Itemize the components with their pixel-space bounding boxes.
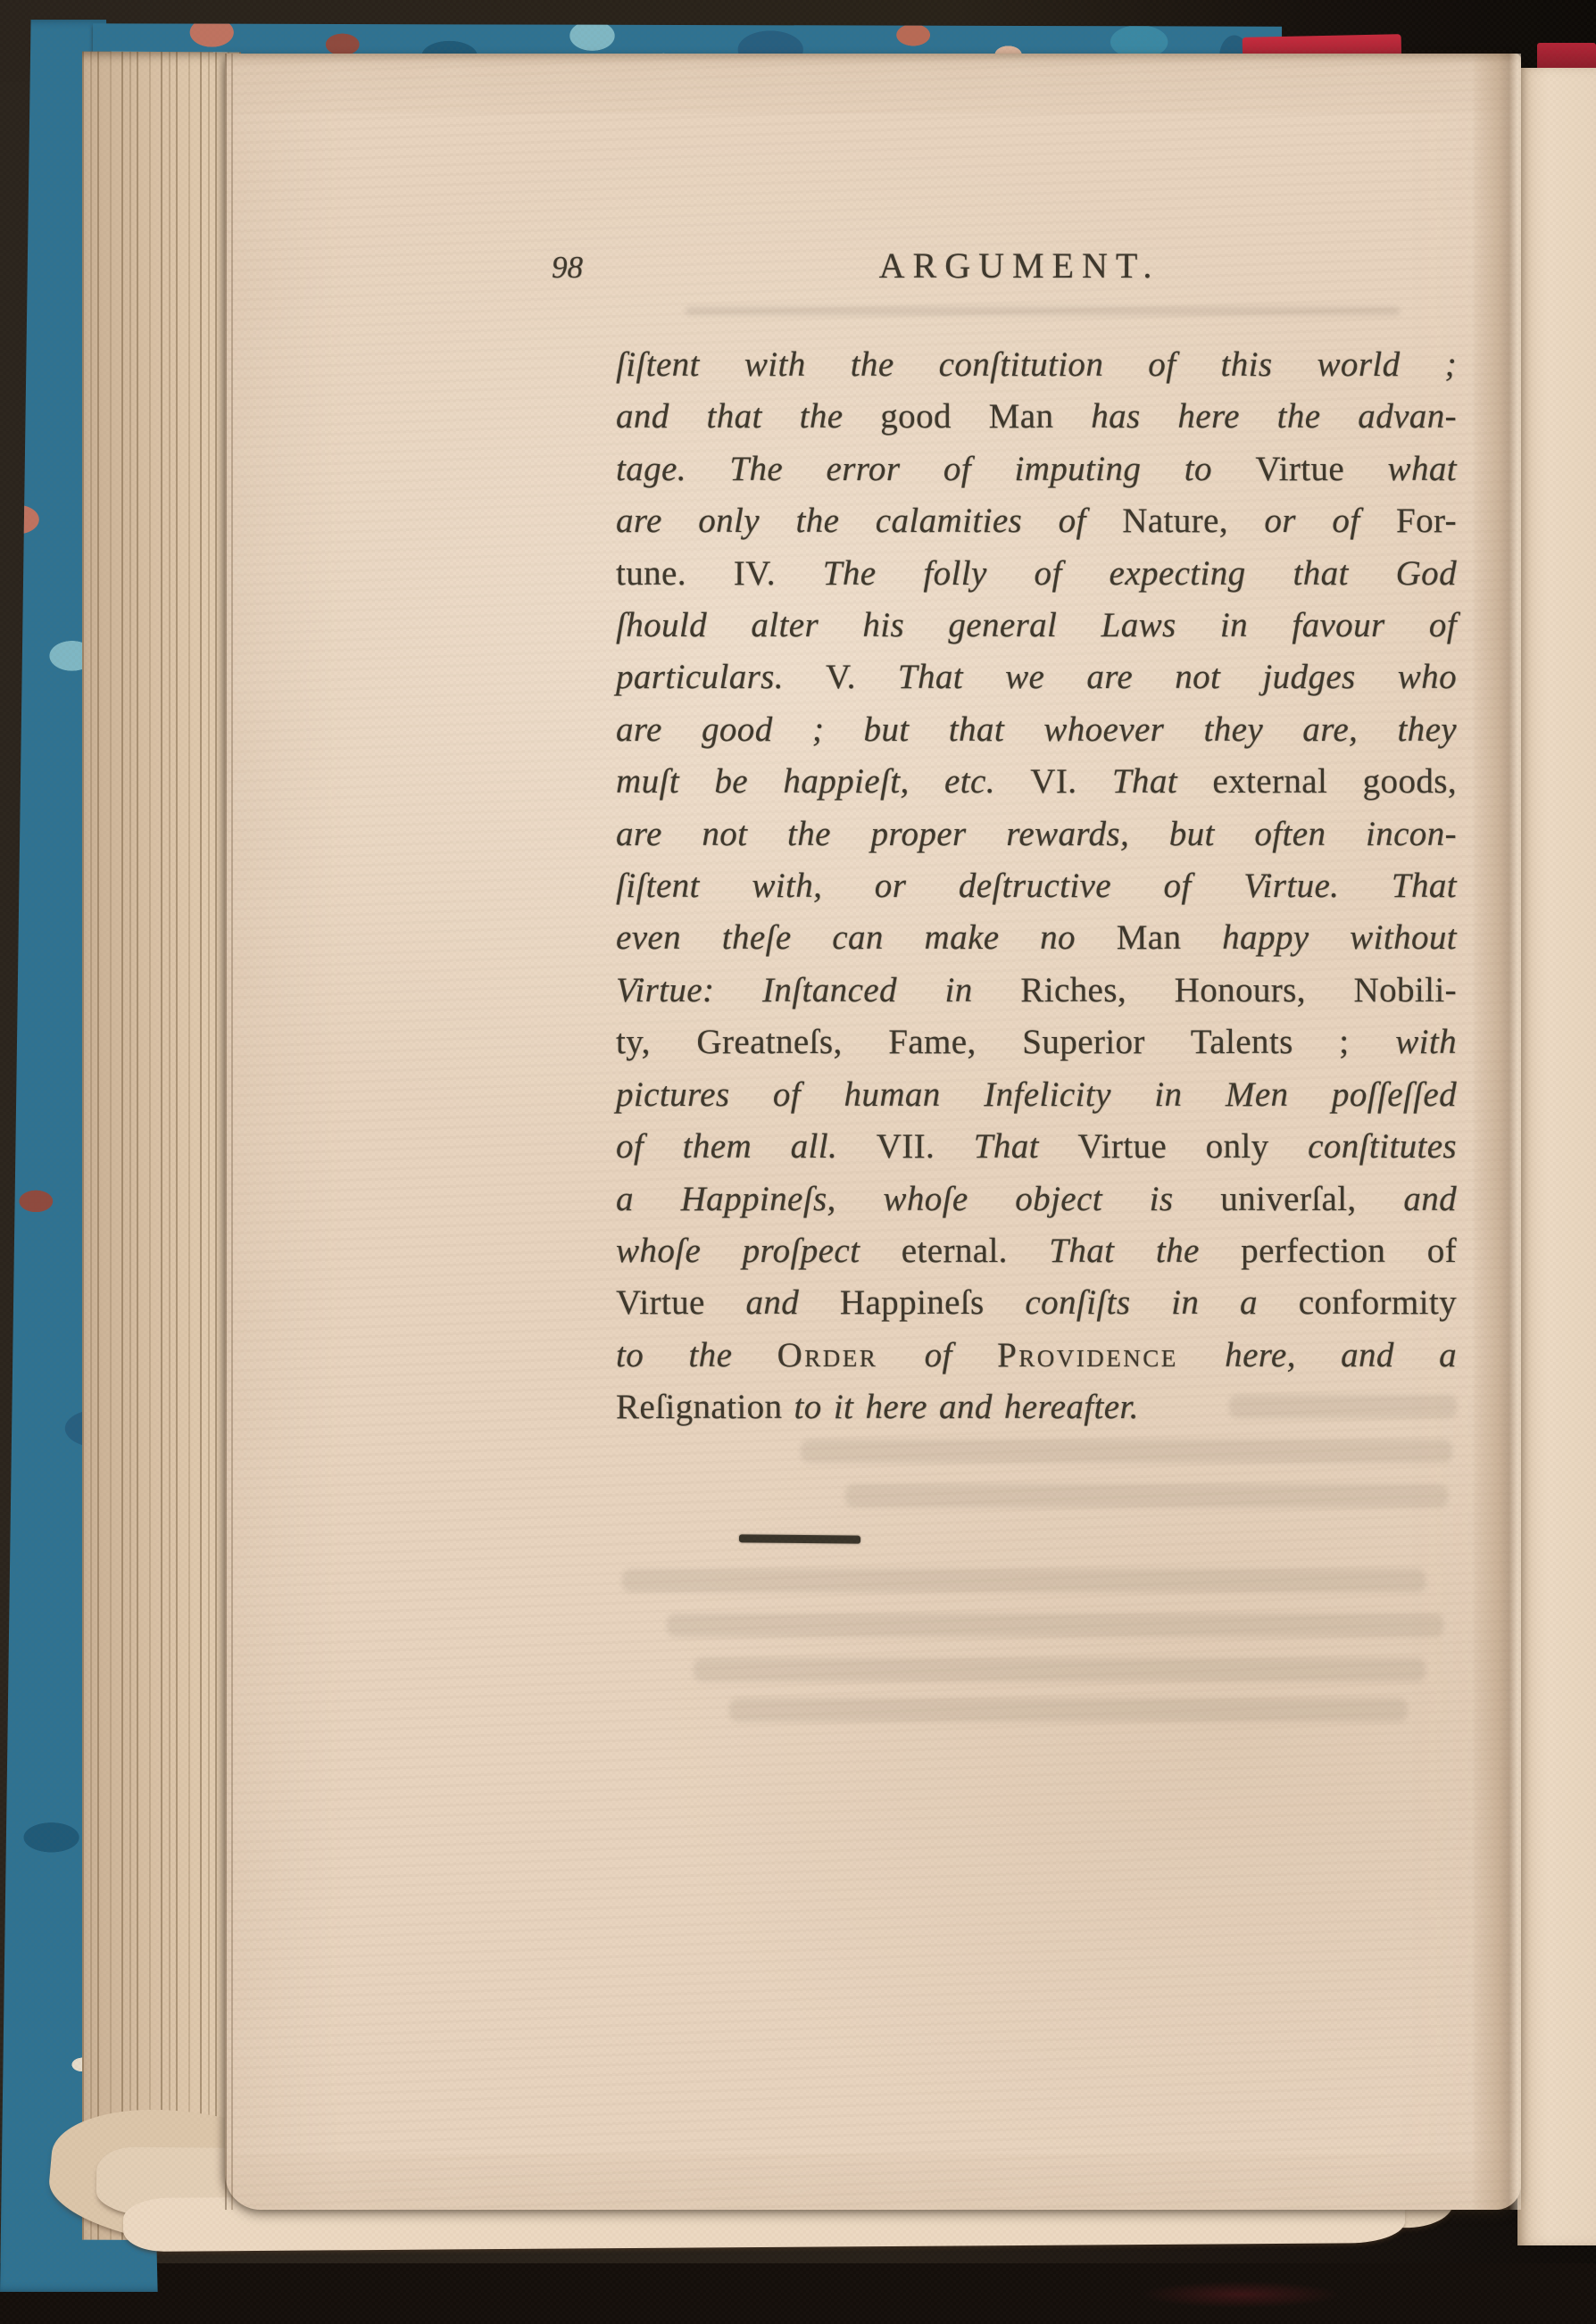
text-segment: Man [1117,918,1222,957]
text-segment: and [745,1283,839,1322]
body-line: muſt be happieſt, etc. VI. That external… [616,756,1457,808]
body-line: are only the calamities of Nature, or of… [616,495,1457,547]
text-segment: and [1403,1180,1457,1218]
body-line: particulars. V. That we are not judges w… [616,652,1457,703]
text-segment: external goods, [1212,762,1457,801]
page-number: 98 [552,250,583,286]
text-segment: That [1112,762,1213,801]
text-segment: and that the [616,397,880,436]
text-segment: Happineſs [840,1283,1025,1322]
ghost-text-line [845,1484,1448,1507]
text-segment: even theſe can make no [616,918,1117,957]
text-segment: whoſe proſpect [616,1232,902,1270]
body-line: pictures of human Infelicity in Men poſſ… [616,1069,1457,1121]
body-line: Virtue: Inſtanced in Riches, Honours, No… [616,965,1457,1017]
text-segment: Nature, [1122,502,1264,540]
body-line: ſiſtent with the conſtitution of this wo… [616,339,1457,391]
text-segment: ſiſtent with, or deſtructive of Virtue. … [616,867,1457,905]
text-segment: ſiſtent with the conſtitution of this wo… [616,345,1457,384]
text-segment: V. [826,658,898,696]
body-line: tage. The error of imputing to Virtue wh… [616,444,1457,495]
body-line: and that the good Man has here the advan… [616,391,1457,443]
body-line: of them all. VII. That Virtue only conſt… [616,1121,1457,1173]
text-segment: tage. The error of imputing to [616,450,1255,488]
body-line: ſiſtent with, or deſtructive of Virtue. … [616,860,1457,912]
text-segment: a Happineſs, whoſe object is [616,1180,1220,1218]
text-segment: happy without [1222,918,1457,957]
body-text: ſiſtent with the conſtitution of this wo… [616,339,1457,1434]
body-line: are not the proper rewards, but often in… [616,809,1457,860]
ghost-text-line [729,1698,1408,1722]
section-divider-rule [739,1534,860,1543]
text-segment: conformity [1299,1283,1457,1322]
body-line: tune. IV. The folly of expecting that Go… [616,548,1457,600]
show-through-smudge [686,307,1400,315]
text-segment: to the [616,1336,777,1374]
book-scan: 98 ARGUMENT. ſiſtent with the conſtituti… [0,0,1596,2324]
text-segment: are only the calamities of [616,502,1122,540]
text-segment: eternal. [902,1232,1050,1270]
text-segment: are good ; but that whoever they are, th… [616,710,1457,749]
body-line: ty, Greatneſs, Fame, Superior Talents ; … [616,1017,1457,1068]
text-segment: Virtue: Inſtanced in [616,971,1020,1009]
ghost-text-line [801,1440,1452,1463]
ghost-text-line [694,1658,1426,1681]
text-segment: Virtue [1255,450,1387,488]
text-segment: Virtue [616,1283,745,1322]
text-segment: The folly of expecting that God [823,554,1457,593]
body-line: to the Order of Providence here, and a [616,1330,1457,1382]
text-segment: to it here and hereafter. [794,1388,1139,1426]
text-segment: ſhould alter his general Laws in favour … [616,606,1457,644]
text-segment: particulars. [616,658,826,696]
ghost-text-line [667,1614,1443,1637]
text-segment: what [1388,450,1457,488]
text-segment: That [974,1127,1078,1166]
text-segment: here, and a [1225,1336,1457,1374]
text-segment: pictures of human Infelicity in Men poſſ… [616,1075,1457,1114]
text-segment: perfection of [1241,1232,1457,1270]
ghost-text-line [1229,1395,1457,1418]
text-segment: muſt be happieſt, etc. [616,762,1030,801]
text-segment: ty, Greatneſs, Fame, Superior Talents ; [616,1023,1395,1061]
text-segment: are not the proper rewards, but often in… [616,815,1457,853]
text-segment: VI. [1030,762,1112,801]
ghost-text-line [622,1569,1426,1592]
background-bottom [0,2263,1596,2324]
text-segment: Order [777,1336,925,1374]
text-segment: Reſignation [616,1388,794,1426]
text-segment: or of [1264,502,1396,540]
facing-page-edge [1517,68,1596,2245]
book-page: 98 ARGUMENT. ſiſtent with the conſtituti… [225,54,1521,2210]
text-segment: with [1395,1023,1457,1061]
text-segment: tune. IV. [616,554,823,593]
page-title: ARGUMENT. [841,245,1198,286]
text-segment: Virtue only [1077,1127,1308,1166]
text-segment: conſiſts in a [1025,1283,1298,1322]
text-segment: univerſal, [1220,1180,1403,1218]
text-segment: That we are not judges who [898,658,1457,696]
body-line: Virtue and Happineſs conſiſts in a confo… [616,1277,1457,1329]
text-segment: For- [1396,502,1457,540]
body-line: are good ; but that whoever they are, th… [616,704,1457,756]
text-segment: has here the advan- [1091,397,1457,436]
body-line: whoſe proſpect eternal. That the perfect… [616,1225,1457,1277]
text-segment: conſtitutes [1308,1127,1457,1166]
body-line: a Happineſs, whoſe object is univerſal, … [616,1174,1457,1225]
page-crease [1471,54,1521,2210]
text-segment: good Man [880,397,1091,436]
text-segment: of them all. [616,1127,877,1166]
text-segment: Providence [997,1336,1225,1374]
body-line: even theſe can make no Man happy without [616,912,1457,964]
text-segment: VII. [877,1127,974,1166]
text-segment: That the [1049,1232,1241,1270]
body-line: ſhould alter his general Laws in favour … [616,600,1457,652]
page-edge-stack [82,52,241,2241]
text-segment: Riches, Honours, Nobili- [1020,971,1457,1009]
text-segment: of [925,1336,997,1374]
